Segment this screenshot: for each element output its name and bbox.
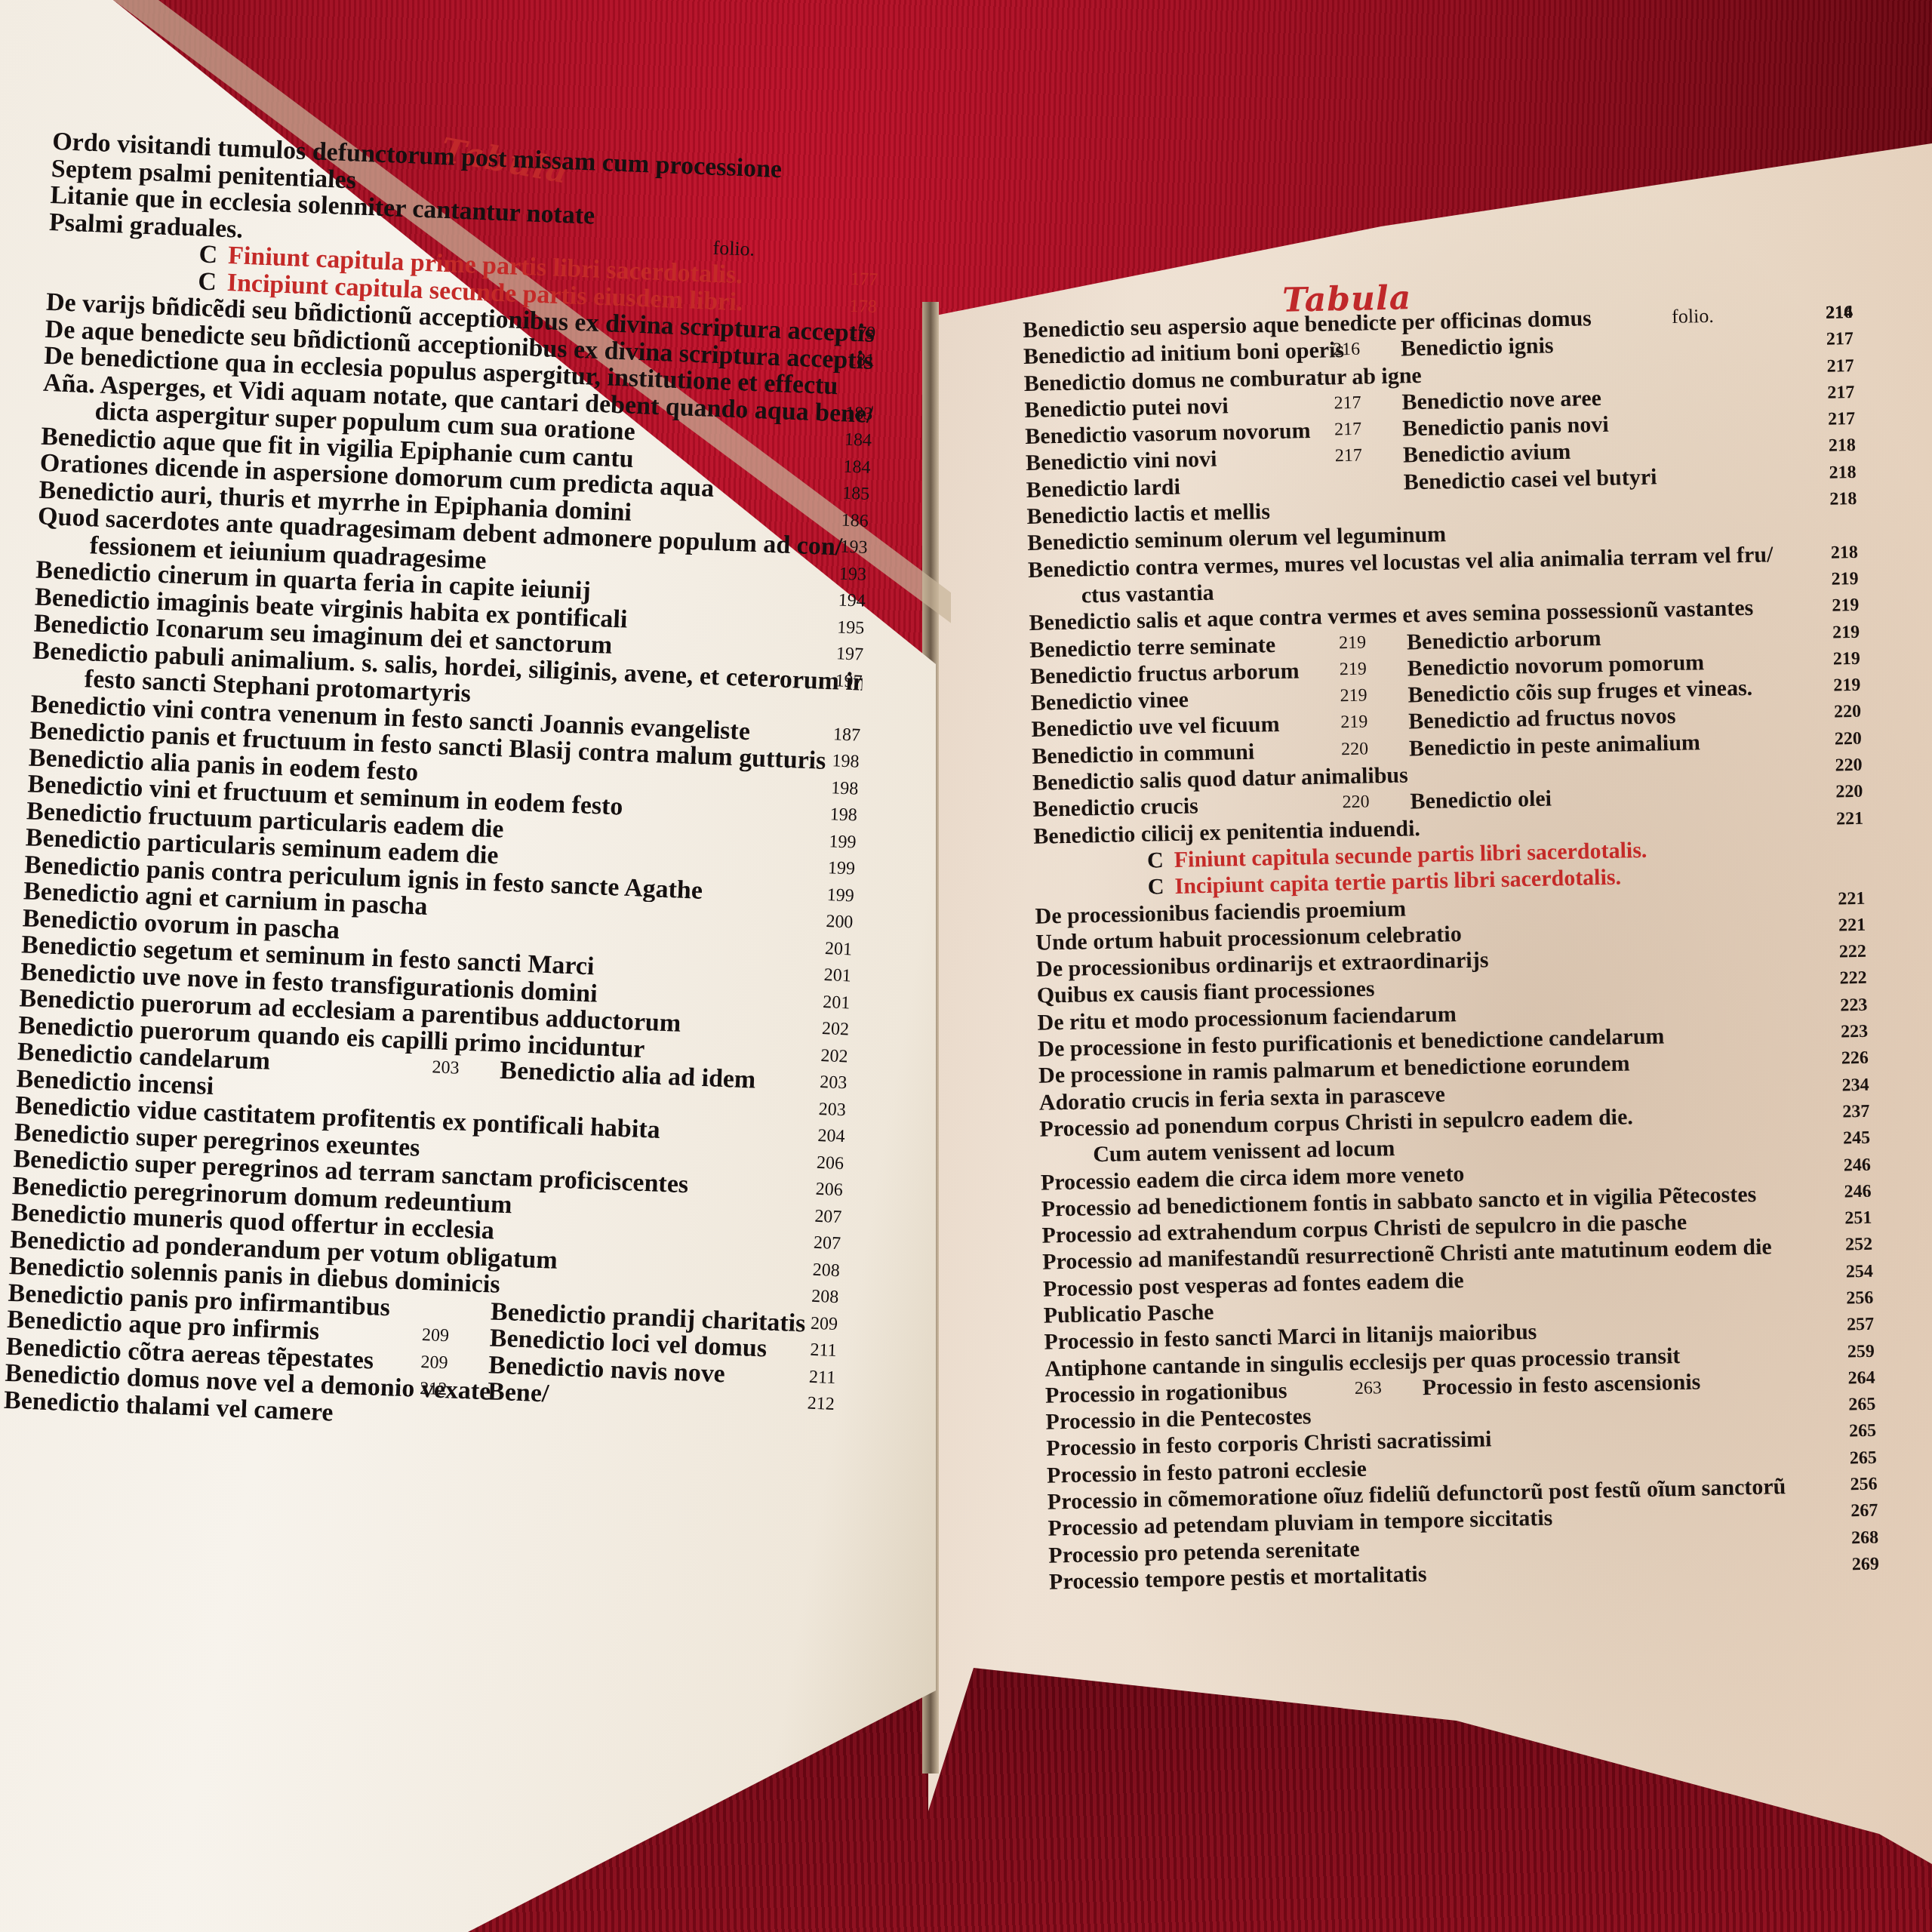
entry-folio-inline: 219 bbox=[1340, 682, 1383, 709]
entry-folio-number: 221 bbox=[1838, 912, 1866, 940]
entry-folio-number: 198 bbox=[829, 801, 857, 829]
entry-folio-inline: 219 bbox=[1339, 629, 1382, 657]
entry-folio-inline: 220 bbox=[1342, 789, 1385, 816]
entry-folio-number: 220 bbox=[1835, 726, 1863, 753]
entry-folio-number: 221 bbox=[1838, 885, 1866, 912]
entry-folio-number: 193 bbox=[838, 561, 866, 589]
entry-folio-number: 193 bbox=[840, 534, 868, 561]
entry-folio-number: 269 bbox=[1852, 1552, 1880, 1579]
pilcrow-mark: C bbox=[1147, 873, 1164, 900]
entry-folio-number: 207 bbox=[813, 1230, 841, 1258]
entry-folio-number: 220 bbox=[1834, 699, 1862, 726]
entry-folio-number: 200 bbox=[826, 909, 854, 937]
entry-folio-number: 267 bbox=[1850, 1498, 1878, 1525]
entry-folio-number: 187 bbox=[832, 721, 860, 749]
left-index-list: Ordo visitandi tumulos defunctorum post … bbox=[4, 128, 883, 1445]
entry-folio-number: 245 bbox=[1843, 1125, 1871, 1152]
entry-folio-number: 251 bbox=[1844, 1205, 1872, 1232]
entry-folio-number: 217 bbox=[1828, 406, 1856, 433]
entry-folio-number: 199 bbox=[829, 829, 857, 857]
entry-folio-number: 218 bbox=[1830, 540, 1858, 567]
entry-folio-number: 197 bbox=[835, 668, 863, 696]
entry-folio-number: 219 bbox=[1832, 619, 1860, 646]
entry-folio-number: 246 bbox=[1844, 1179, 1872, 1206]
entry-folio-number: 198 bbox=[831, 775, 859, 803]
entry-folio-number: 195 bbox=[837, 614, 865, 642]
entry-folio-inline: 209 bbox=[420, 1349, 463, 1377]
entry-folio-number: 256 bbox=[1850, 1472, 1878, 1499]
entry-text: ctus vastantia bbox=[1028, 580, 1214, 610]
entry-folio-number: 252 bbox=[1845, 1232, 1873, 1259]
entry-folio-number: 184 bbox=[843, 454, 871, 481]
entry-folio-number: 223 bbox=[1841, 1019, 1869, 1046]
entry-folio-number: 194 bbox=[838, 587, 866, 615]
entry-second-column-text: Benedictio olei bbox=[1410, 786, 1552, 815]
entry-text: Benedictio vinee bbox=[1030, 687, 1189, 717]
entry-folio-number: 265 bbox=[1849, 1418, 1877, 1445]
right-page-text: Tabula 214 Benedictio seu aspersio aque … bbox=[1023, 300, 1879, 1595]
entry-folio-number: 198 bbox=[832, 748, 860, 776]
folio-label: folio. bbox=[712, 234, 755, 263]
entry-folio-inline: 216 bbox=[1333, 337, 1376, 364]
entry-folio-number: 265 bbox=[1850, 1444, 1878, 1472]
entry-second-column-text: Benedictio arborum bbox=[1407, 625, 1601, 656]
entry-folio-number: 178 bbox=[849, 293, 877, 321]
entry-folio-number: 218 bbox=[1828, 432, 1856, 460]
entry-folio-number: 219 bbox=[1832, 592, 1860, 620]
entry-text: Benedictio putei novi bbox=[1024, 392, 1229, 423]
entry-folio-number: 226 bbox=[1841, 1045, 1869, 1072]
entry-folio-inline: 263 bbox=[1354, 1375, 1397, 1402]
entry-second-column-text: Benedictio ignis bbox=[1401, 333, 1554, 363]
entry-folio-number: 208 bbox=[811, 1284, 839, 1312]
entry-folio-number: 257 bbox=[1847, 1312, 1875, 1339]
entry-folio-number: 246 bbox=[1843, 1152, 1871, 1179]
entry-folio-number: 185 bbox=[841, 481, 869, 509]
entry-folio-number: 237 bbox=[1842, 1099, 1870, 1126]
entry-text: Benedictio vini novi bbox=[1026, 446, 1217, 477]
entry-second-column-text: Benedictio nove aree bbox=[1401, 385, 1601, 416]
entry-folio-number: 199 bbox=[827, 855, 855, 883]
left-page-text: Tabula Ordo visitandi tumulos defunctoru… bbox=[4, 128, 883, 1445]
entry-text: Benedictio lardi bbox=[1026, 473, 1180, 503]
entry-folio-number: 219 bbox=[1832, 646, 1860, 673]
entry-folio-number: 183 bbox=[845, 400, 873, 428]
entry-folio-inline: 220 bbox=[1341, 736, 1384, 763]
entry-second-column-text: Benedictio panis novi bbox=[1402, 411, 1609, 442]
entry-folio-inline: 209 bbox=[421, 1322, 464, 1351]
entry-folio-number: 222 bbox=[1839, 965, 1867, 992]
entry-second-column-text: Bene/ bbox=[487, 1378, 549, 1407]
entry-folio-number: 203 bbox=[820, 1069, 848, 1097]
entry-folio-number: 216 bbox=[1826, 300, 1854, 327]
entry-folio-number: 254 bbox=[1845, 1258, 1873, 1285]
entry-folio-number: 218 bbox=[1829, 460, 1857, 487]
entry-folio-number: 234 bbox=[1841, 1072, 1869, 1099]
entry-folio-number: 177 bbox=[850, 266, 878, 294]
entry-folio-number: 209 bbox=[810, 1310, 838, 1338]
entry-second-column-text: Benedictio avium bbox=[1403, 438, 1571, 469]
entry-folio-number: 218 bbox=[1829, 486, 1857, 513]
entry-folio-number: 211 bbox=[810, 1337, 837, 1365]
entry-folio-number: 265 bbox=[1848, 1392, 1876, 1419]
entry-folio-number: 179 bbox=[848, 320, 876, 348]
entry-folio-number: 202 bbox=[821, 1016, 849, 1044]
entry-folio-number: 268 bbox=[1851, 1524, 1879, 1552]
entry-folio-number: 201 bbox=[823, 962, 851, 990]
entry-folio-number: 212 bbox=[807, 1391, 835, 1419]
entry-folio-number: 219 bbox=[1833, 672, 1861, 700]
entry-folio-inline: 217 bbox=[1334, 416, 1377, 443]
entry-folio-number: 256 bbox=[1846, 1285, 1874, 1312]
entry-folio-number: 181 bbox=[847, 346, 875, 374]
pilcrow-mark: C bbox=[1147, 847, 1164, 874]
entry-text: Publicatio Pasche bbox=[1043, 1299, 1214, 1329]
entry-folio-inline: 203 bbox=[432, 1054, 475, 1083]
entry-folio-number: 220 bbox=[1835, 779, 1863, 806]
entry-folio-inline: 212 bbox=[420, 1376, 463, 1404]
folio-label: folio. bbox=[1672, 303, 1714, 330]
entry-folio-number: 264 bbox=[1847, 1365, 1875, 1392]
entry-folio-number: 207 bbox=[814, 1203, 842, 1231]
entry-folio-number: 217 bbox=[1826, 353, 1854, 380]
entry-folio-number: 203 bbox=[818, 1096, 846, 1124]
entry-folio-number: 217 bbox=[1826, 326, 1854, 353]
entry-folio-number: 208 bbox=[812, 1257, 840, 1284]
entry-folio-number: 199 bbox=[826, 882, 854, 910]
entry-folio-number: 259 bbox=[1847, 1338, 1875, 1365]
entry-folio-number: 211 bbox=[808, 1364, 835, 1392]
entry-folio-number: 186 bbox=[841, 507, 869, 535]
entry-folio-number: 223 bbox=[1840, 992, 1868, 1019]
right-index-list: 214 Benedictio seu aspersio aque benedic… bbox=[1023, 300, 1879, 1595]
entry-folio-number: 184 bbox=[844, 427, 872, 455]
entry-folio-inline: 217 bbox=[1334, 389, 1377, 417]
entry-folio-number: 197 bbox=[835, 641, 863, 669]
entry-folio-number: 220 bbox=[1835, 752, 1863, 780]
entry-folio-inline: 219 bbox=[1340, 656, 1383, 683]
entry-text: Benedictio crucis bbox=[1032, 793, 1198, 823]
entry-folio-number: 206 bbox=[816, 1149, 844, 1177]
entry-folio-number: 204 bbox=[817, 1123, 845, 1151]
entry-folio-number: 206 bbox=[815, 1177, 843, 1204]
pilcrow-mark: C bbox=[198, 268, 217, 295]
entry-folio-number: 201 bbox=[824, 936, 852, 964]
entry-folio-number: 217 bbox=[1827, 380, 1855, 407]
entry-folio-inline: 219 bbox=[1340, 709, 1383, 737]
entry-folio-number: 219 bbox=[1831, 566, 1859, 593]
pilcrow-mark: C bbox=[198, 241, 218, 269]
entry-folio-number: 201 bbox=[823, 989, 851, 1017]
entry-folio-number: 222 bbox=[1839, 939, 1867, 966]
entry-folio-number: 221 bbox=[1836, 805, 1864, 832]
entry-folio-number: 202 bbox=[820, 1042, 848, 1070]
entry-folio-inline: 217 bbox=[1335, 443, 1378, 470]
